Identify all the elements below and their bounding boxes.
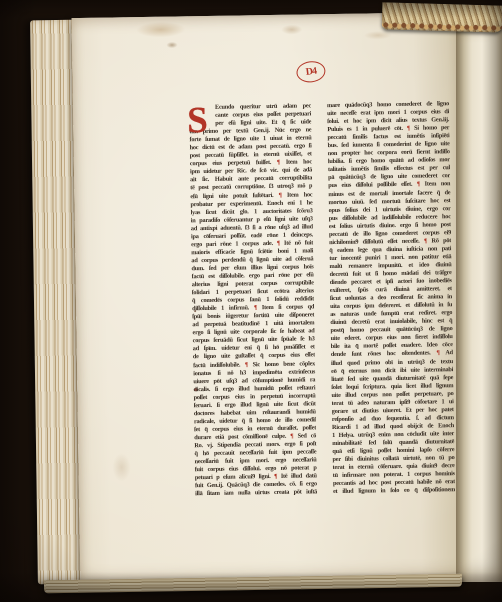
open-page: D4 S Ecundo queritur utrū adam peccante … <box>72 12 469 585</box>
text-run: nichilomin9 diſſolutū eſſet neceſſe. <box>329 237 424 245</box>
book-headband <box>382 2 502 32</box>
text-run: Item hoc <box>280 159 312 166</box>
text-run: Si homo per <box>410 124 449 132</box>
text-run: illā ſitam iam nulla uirtus creata pōt i… <box>195 489 317 498</box>
text-run: et illud lignum in ſolo eo q̄ diſpoſitio… <box>333 486 455 495</box>
text-run: Item non <box>420 181 450 188</box>
text-run: factū indiſſolubile. <box>193 361 245 369</box>
text-run: Sed cō <box>293 432 316 439</box>
rubricated-initial: S <box>187 101 214 143</box>
foxing-stain <box>108 447 135 487</box>
text-run: Rō pōt <box>427 237 451 244</box>
facing-page-curl <box>456 24 502 582</box>
quire-signature-label: D4 <box>305 66 316 78</box>
text-run: Sic homo bene cōplex <box>248 360 315 368</box>
text-run: Item ſi corpus qd <box>257 303 314 311</box>
text-block: S Ecundo queritur utrū adam peccante cor… <box>189 100 455 498</box>
text-column-left: S Ecundo queritur utrū adam peccante cor… <box>189 102 317 498</box>
text-run: cante corpus eius poſſet perpetuari <box>215 110 311 119</box>
text-run: pus eius diſſolui poſſibile eſſet. <box>328 181 417 189</box>
text-run: Ecundo queritur utrū adam pec <box>215 102 311 111</box>
text-run: per eſū ligni uite. Et q̄ ſic uide <box>215 118 311 127</box>
quire-signature-mark: D4 <box>295 60 326 84</box>
foxing-stain <box>277 22 307 36</box>
text-line: et illud lignum in ſolo eo q̄ diſpoſitio… <box>333 486 455 496</box>
text-run: ergo pari rōne 1 corpus ade. <box>191 240 277 248</box>
text-run: Itē nō fuit <box>280 239 313 247</box>
photo-background: D4 S Ecundo queritur utrū adam peccante … <box>0 0 502 602</box>
text-run: eſū ligni uite potuit ſuſtētari. <box>190 191 278 199</box>
text-run: petuari p eſum alicui9 ligni. <box>195 473 274 481</box>
text-line: illā ſitam iam nulla uirtus creata pōt i… <box>195 489 317 499</box>
text-run: durare etiā post cōmiſſionē culpe. <box>194 433 290 442</box>
text-run: Item hoc <box>282 191 313 198</box>
foxing-stain <box>126 18 196 41</box>
foxing-stain <box>358 29 398 42</box>
text-run: diſſolubile 1 infirmū. <box>192 304 254 312</box>
text-run: Puluis es 1 in puluerē cōt. <box>327 125 407 133</box>
foxing-stain <box>164 40 180 49</box>
text-run: Ad <box>440 350 453 357</box>
text-run: corpus eius perpetuū fuiſſet. <box>190 159 277 167</box>
text-column-right: mare quādocūq3 homo comederet de lignoui… <box>327 100 455 496</box>
text-run: Itē illud datū <box>277 472 317 480</box>
